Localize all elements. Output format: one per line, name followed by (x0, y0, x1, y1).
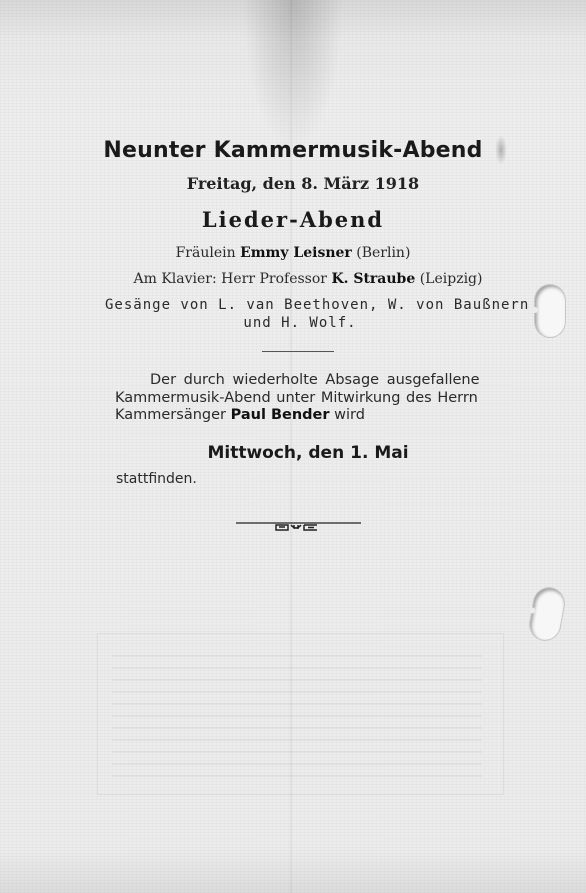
notice-line-2: Kammermusik-Abend unter Mitwirkung des H… (115, 390, 515, 408)
notice-line-3-suffix: wird (330, 407, 365, 423)
punch-hole-upper (535, 285, 565, 337)
singer-name: Paul Bender (231, 407, 330, 423)
event-heading: Lieder-Abend (0, 207, 586, 232)
performer-line: Fräulein Emmy Leisner (Berlin) (0, 245, 586, 261)
notice-line-3-prefix: Kammersänger (115, 407, 231, 423)
accompanist-line: Am Klavier: Herr Professor K. Straube (L… (15, 271, 586, 287)
composers-line-1: Gesänge von L. van Beethoven, W. von Bau… (105, 297, 529, 313)
performer-prefix: Fräulein (176, 245, 240, 261)
performer-suffix: (Berlin) (352, 245, 411, 261)
concert-date: Freitag, den 8. März 1918 (10, 174, 586, 193)
concert-title: Neunter Kammermusik-Abend (27, 138, 559, 163)
notice-line-1: Der durch wiederholte Absage ausgefallen… (115, 372, 515, 390)
performer-name: Emmy Leisner (240, 245, 352, 261)
punch-hole-lower (528, 586, 567, 642)
bleed-through-text (112, 655, 482, 780)
accompanist-suffix: (Leipzig) (415, 271, 482, 287)
document-page: Neunter Kammermusik-Abend Freitag, den 8… (0, 0, 586, 893)
accompanist-name: K. Straube (331, 271, 415, 287)
accompanist-prefix: Am Klavier: Herr Professor (134, 271, 332, 287)
composers-line-2: und H. Wolf. (0, 315, 586, 331)
rescheduled-date: Mittwoch, den 1. Mai (15, 443, 586, 463)
closing-text: stattfinden. (116, 471, 197, 487)
notice-paragraph: Der durch wiederholte Absage ausgefallen… (115, 372, 515, 425)
notice-line-3: Kammersänger Paul Bender wird (115, 407, 515, 425)
divider-rule (262, 351, 334, 352)
ornament-divider-icon (236, 518, 361, 532)
